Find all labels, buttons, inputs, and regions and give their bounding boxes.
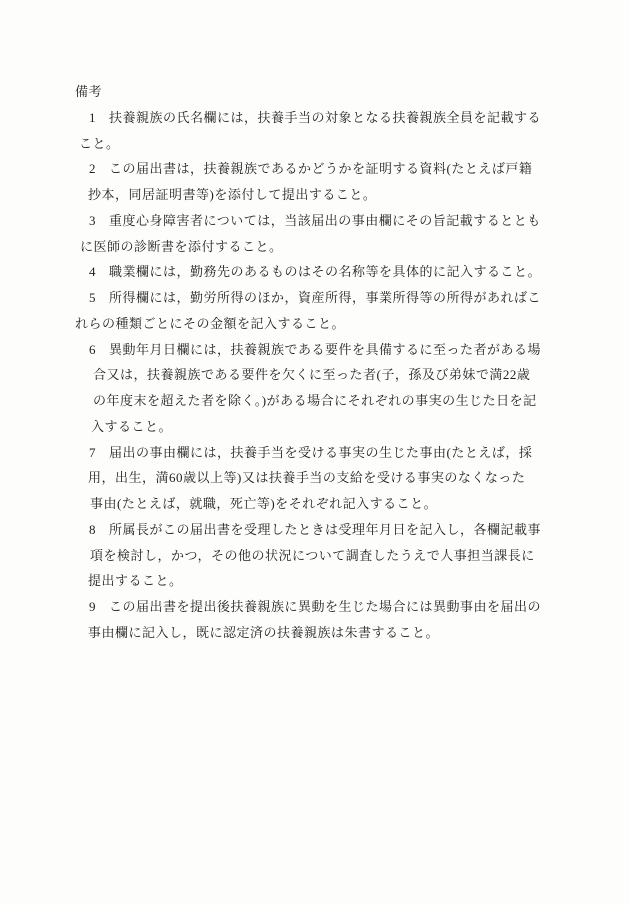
remark-item-8-line-2: 項を検討し，かつ，その他の状況について調査したうえで人事担当課長に <box>90 543 570 569</box>
remark-item-3-line-2: に医師の診断書を添付すること。 <box>80 234 570 260</box>
remark-item-6-line-2: 合又は，扶養親族である要件を欠くに至った者(子，孫及び弟妹で満22歳 <box>93 362 570 388</box>
item-9-text: この届出書を提出後扶養親族に異動を生じた場合には異動事由を届出の <box>109 594 570 620</box>
remark-item-7-line-1: 7 届出の事由欄には，扶養手当を受ける事実の生じた事由(たとえば，採 <box>89 440 570 466</box>
document-page: 備考 1 扶養親族の氏名欄には，扶養手当の対象となる扶養親族全員を記載する こと… <box>0 0 630 903</box>
remark-item-5-line-2: れらの種類ごとにその金額を記入すること。 <box>75 311 570 337</box>
item-6-number: 6 <box>89 337 109 363</box>
remark-item-5-line-1: 5 所得欄には，勤労所得のほか，資産所得，事業所得等の所得があればこ <box>89 285 570 311</box>
item-5-text: 所得欄には，勤労所得のほか，資産所得，事業所得等の所得があればこ <box>109 285 570 311</box>
remark-item-9-line-2: 事由欄に記入し，既に認定済の扶養親族は朱書すること。 <box>88 620 570 646</box>
remark-item-3-line-1: 3 重度心身障害者については，当該届出の事由欄にその旨記載するととも <box>89 208 570 234</box>
item-6-text: 異動年月日欄には，扶養親族である要件を具備するに至った者がある場 <box>109 337 570 363</box>
remark-item-7-line-2: 用，出生，満60歳以上等)又は扶養手当の支給を受ける事実のなくなった <box>88 465 570 491</box>
remark-item-8-line-1: 8 所属長がこの届出書を受理したときは受理年月日を記入し，各欄記載事 <box>89 517 570 543</box>
remark-item-7-line-3: 事由(たとえば，就職，死亡等)をそれぞれ記入すること。 <box>90 491 570 517</box>
item-8-number: 8 <box>89 517 109 543</box>
remark-item-6-line-1: 6 異動年月日欄には，扶養親族である要件を具備するに至った者がある場 <box>89 337 570 363</box>
remark-item-6-line-3: の年度末を超えた者を除く。)がある場合にそれぞれの事実の生じた日を記 <box>93 388 570 414</box>
item-2-text: この届出書は，扶養親族であるかどうかを証明する資料(たとえば戸籍 <box>109 156 570 182</box>
remark-item-2-line-1: 2 この届出書は，扶養親族であるかどうかを証明する資料(たとえば戸籍 <box>89 156 570 182</box>
item-8-text: 所属長がこの届出書を受理したときは受理年月日を記入し，各欄記載事 <box>109 517 570 543</box>
item-7-text: 届出の事由欄には，扶養手当を受ける事実の生じた事由(たとえば，採 <box>109 440 570 466</box>
remarks-section: 備考 1 扶養親族の氏名欄には，扶養手当の対象となる扶養親族全員を記載する こと… <box>60 79 570 646</box>
item-7-number: 7 <box>89 440 109 466</box>
remark-item-2-line-2: 抄本，同居証明書等)を添付して提出すること。 <box>88 182 570 208</box>
item-3-text: 重度心身障害者については，当該届出の事由欄にその旨記載するととも <box>109 208 570 234</box>
item-1-text: 扶養親族の氏名欄には，扶養手当の対象となる扶養親族全員を記載する <box>109 105 570 131</box>
remark-item-8-line-3: 提出すること。 <box>88 568 570 594</box>
item-5-number: 5 <box>89 285 109 311</box>
item-2-number: 2 <box>89 156 109 182</box>
item-4-number: 4 <box>89 259 109 285</box>
remark-item-1-line-1: 1 扶養親族の氏名欄には，扶養手当の対象となる扶養親族全員を記載する <box>89 105 570 131</box>
remark-item-1-line-2: こと。 <box>79 131 570 157</box>
remark-item-9-line-1: 9 この届出書を提出後扶養親族に異動を生じた場合には異動事由を届出の <box>89 594 570 620</box>
item-9-number: 9 <box>89 594 109 620</box>
item-1-number: 1 <box>89 105 109 131</box>
remark-item-6-line-4: 入すること。 <box>91 414 570 440</box>
remarks-heading: 備考 <box>75 79 570 105</box>
remark-item-4-line-1: 4 職業欄には，勤務先のあるものはその名称等を具体的に記入すること。 <box>89 259 570 285</box>
item-4-text: 職業欄には，勤務先のあるものはその名称等を具体的に記入すること。 <box>109 259 570 285</box>
item-3-number: 3 <box>89 208 109 234</box>
